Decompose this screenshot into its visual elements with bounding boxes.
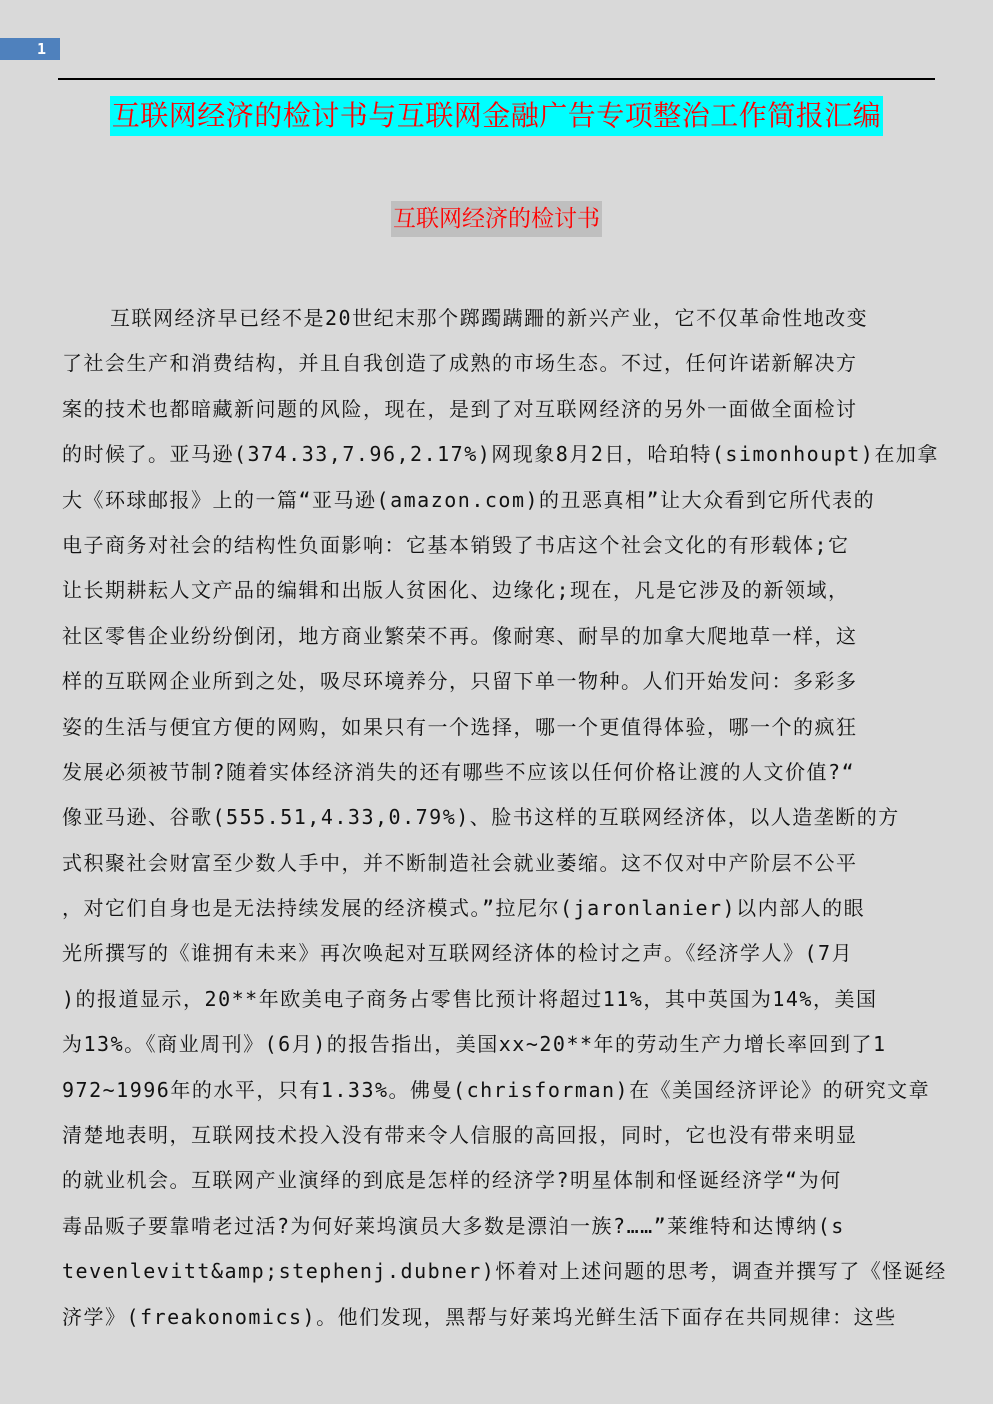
body-line: 光所撰写的《谁拥有未来》再次唤起对互联网经济体的检讨之声。《经济学人》(7月 xyxy=(62,931,930,976)
body-line: 像亚马逊、谷歌(555.51,4.33,0.79%)、脸书这样的互联网经济体，以… xyxy=(62,795,930,840)
header-divider xyxy=(58,78,935,80)
body-line: 让长期耕耘人文产品的编辑和出版人贫困化、边缘化;现在，凡是它涉及的新领域， xyxy=(62,568,930,613)
section-title-container: 互联网经济的检讨书 xyxy=(0,201,993,237)
body-line: 的时候了。亚马逊(374.33,7.96,2.17%)网现象8月2日，哈珀特(s… xyxy=(62,432,930,477)
body-line: 了社会生产和消费结构，并且自我创造了成熟的市场生态。不过，任何许诺新解决方 xyxy=(62,341,930,386)
document-title-container: 互联网经济的检讨书与互联网金融广告专项整治工作简报汇编 xyxy=(0,96,993,136)
body-line: 社区零售企业纷纷倒闭，地方商业繁荣不再。像耐寒、耐旱的加拿大爬地草一样，这 xyxy=(62,614,930,659)
body-line: 为13%。《商业周刊》(6月)的报告指出，美国xx~20**年的劳动生产力增长率… xyxy=(62,1022,930,1067)
section-title: 互联网经济的检讨书 xyxy=(391,201,602,237)
body-line: ，对它们自身也是无法持续发展的经济模式。”拉尼尔(jaronlanier)以内部… xyxy=(62,886,930,931)
body-line: 电子商务对社会的结构性负面影响：它基本销毁了书店这个社会文化的有形载体;它 xyxy=(62,523,930,568)
body-line: 济学》(freakonomics)。他们发现，黑帮与好莱坞光鲜生活下面存在共同规… xyxy=(62,1295,930,1340)
body-line: 姿的生活与便宜方便的网购，如果只有一个选择，哪一个更值得体验，哪一个的疯狂 xyxy=(62,705,930,750)
body-line: 毒品贩子要靠啃老过活?为何好莱坞演员大多数是漂泊一族?……”莱维特和达博纳(s xyxy=(62,1204,930,1249)
body-line: 样的互联网企业所到之处，吸尽环境养分，只留下单一物种。人们开始发问：多彩多 xyxy=(62,659,930,704)
body-paragraph: 互联网经济早已经不是20世纪末那个踯躅蹒跚的新兴产业，它不仅革命性地改变 了社会… xyxy=(62,296,930,1340)
body-line: 式积聚社会财富至少数人手中，并不断制造社会就业萎缩。这不仅对中产阶层不公平 xyxy=(62,841,930,886)
page-number-badge: 1 xyxy=(0,38,60,60)
body-line: )的报道显示，20**年欧美电子商务占零售比预计将超过11%，其中英国为14%，… xyxy=(62,977,930,1022)
body-line: tevenlevitt&amp;stephenj.dubner)怀着对上述问题的… xyxy=(62,1249,930,1294)
document-title: 互联网经济的检讨书与互联网金融广告专项整治工作简报汇编 xyxy=(110,96,884,136)
body-line: 清楚地表明，互联网技术投入没有带来令人信服的高回报，同时，它也没有带来明显 xyxy=(62,1113,930,1158)
body-line: 大《环球邮报》上的一篇“亚马逊(amazon.com)的丑恶真相”让大众看到它所… xyxy=(62,478,930,523)
body-line: 发展必须被节制?随着实体经济消失的还有哪些不应该以任何价格让渡的人文价值?“ xyxy=(62,750,930,795)
body-line: 互联网经济早已经不是20世纪末那个踯躅蹒跚的新兴产业，它不仅革命性地改变 xyxy=(62,296,930,341)
body-line: 案的技术也都暗藏新问题的风险，现在，是到了对互联网经济的另外一面做全面检讨 xyxy=(62,387,930,432)
body-line: 972~1996年的水平，只有1.33%。佛曼(chrisforman)在《美国… xyxy=(62,1068,930,1113)
body-line: 的就业机会。互联网产业演绎的到底是怎样的经济学?明星体制和怪诞经济学“为何 xyxy=(62,1158,930,1203)
